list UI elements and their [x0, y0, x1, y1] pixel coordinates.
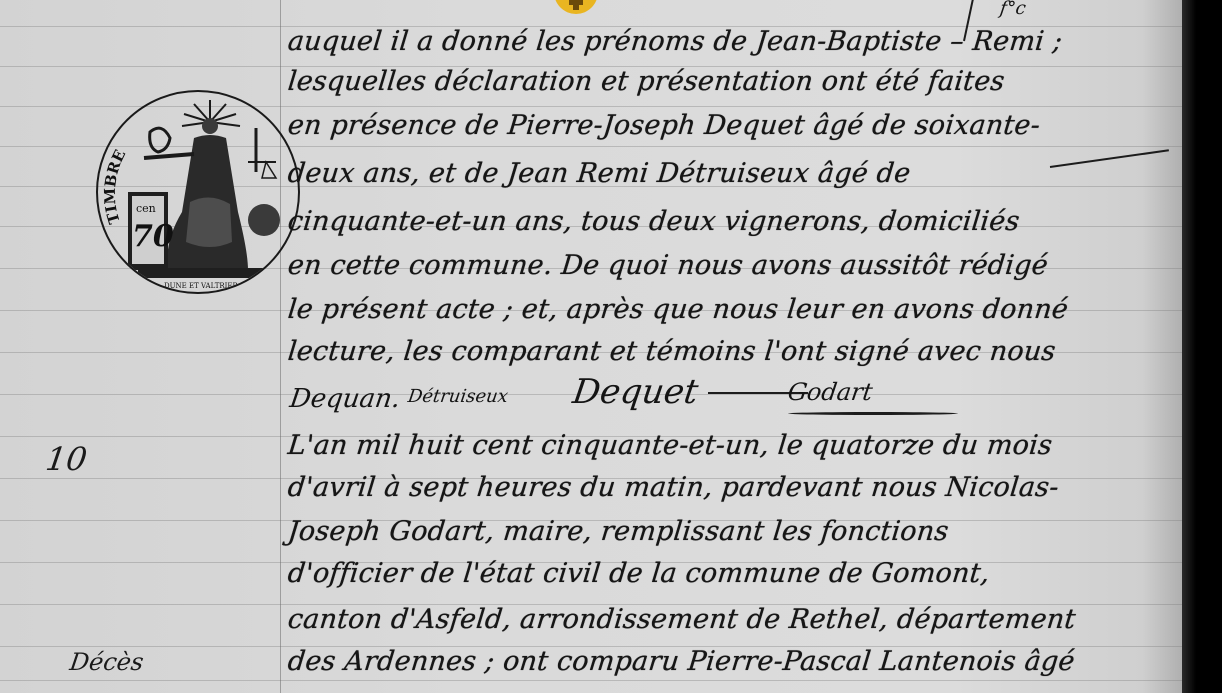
fill-line [1050, 149, 1169, 168]
text-line: des Ardennes ; ont comparu Pierre-Pascal… [286, 646, 1076, 677]
signature: Détruiseux [407, 386, 510, 407]
text-line: lesquelles déclaration et présentation o… [286, 66, 1006, 97]
document-page: TIMBRE cen 70 DUNE ET VALTRIER 10 Décès … [0, 0, 1190, 693]
scan-edge [1182, 0, 1222, 693]
stamp-label: TIMBRE [101, 147, 129, 226]
add-badge-button[interactable] [554, 0, 598, 14]
signature: Godart [786, 378, 874, 406]
signature: Dequan. [288, 384, 402, 414]
text-line: auquel il a donné les prénoms de Jean-Ba… [286, 26, 1063, 57]
text-line: d'officier de l'état civil de la commune… [286, 558, 991, 589]
ruled-line [0, 680, 1190, 681]
fiscal-stamp: TIMBRE cen 70 DUNE ET VALTRIER [96, 90, 300, 294]
text-line: d'avril à sept heures du matin, pardevan… [286, 472, 1060, 503]
stamp-unit: cen [136, 202, 156, 215]
entry-type-label: Décès [68, 648, 145, 676]
text-line: Joseph Godart, maire, remplissant les fo… [286, 516, 950, 547]
text-line: en présence de Pierre-Joseph Dequet âgé … [286, 110, 1041, 141]
plus-icon [569, 0, 583, 10]
stamp-value: 70 [132, 219, 174, 254]
text-line: deux ans, et de Jean Remi Détruiseux âgé… [286, 158, 912, 189]
stamp-seated-figure-icon: TIMBRE cen 70 DUNE ET VALTRIER [98, 92, 300, 294]
signature-flourish [788, 412, 958, 415]
text-line: le présent acte ; et, après que nous leu… [286, 294, 1069, 325]
text-line: lecture, les comparant et témoins l'ont … [286, 336, 1057, 367]
text-line: en cette commune. De quoi nous avons aus… [286, 250, 1049, 281]
text-line: L'an mil huit cent cinquante-et-un, le q… [286, 430, 1053, 461]
interlinear-note: f°c [999, 0, 1028, 19]
svg-text:TIMBRE: TIMBRE [101, 147, 129, 226]
signature: Dequet [570, 372, 700, 412]
stamp-bottom-text: DUNE ET VALTRIER [164, 282, 239, 290]
signatures-row: Dequan. Détruiseux Dequet Godart [288, 378, 1188, 428]
text-line: canton d'Asfeld, arrondissement de Rethe… [286, 604, 1077, 635]
text-line: cinquante-et-un ans, tous deux vignerons… [286, 206, 1021, 237]
entry-number: 10 [43, 440, 89, 478]
